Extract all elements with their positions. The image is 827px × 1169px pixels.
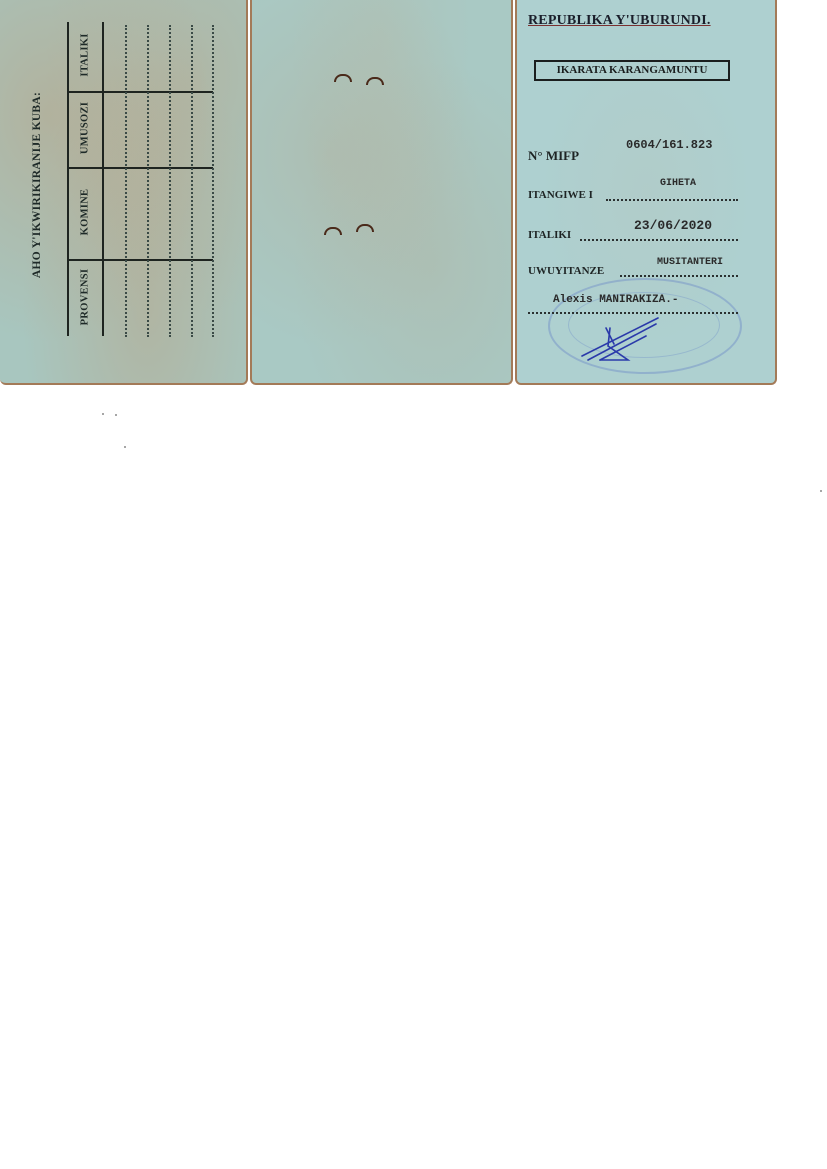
country-heading: REPUBLIKA Y'UBURUNDI. [528, 13, 711, 29]
date-label: ITALIKI [528, 229, 571, 241]
scan-speck [115, 414, 117, 416]
residence-history-panel: AHO Y'IKWIRIKIRANIJE KUBA: PROVENSI KOMI… [0, 0, 248, 385]
table-border-left [67, 22, 69, 336]
scan-speck [124, 446, 126, 448]
residence-table: AHO Y'IKWIRIKIRANIJE KUBA: PROVENSI KOMI… [0, 0, 248, 385]
issued-at-label: ITANGIWE I [528, 189, 593, 201]
signature-icon [578, 314, 662, 364]
issuer-title-label: UWUYITANZE [528, 265, 604, 277]
issuer-name-value: Alexis MANIRAKIZA.- [553, 294, 678, 306]
issued-at-line [606, 199, 738, 201]
scan-speck [102, 413, 104, 415]
date-line [580, 239, 738, 241]
entry-line [169, 25, 171, 337]
residence-table-title: AHO Y'IKWIRIKIRANIJE KUBA: [31, 92, 43, 278]
entry-line [191, 25, 193, 337]
staple-hole-icon [356, 224, 374, 232]
date-value: 23/06/2020 [634, 218, 712, 233]
staple-hole-icon [334, 74, 352, 82]
entry-line [125, 25, 127, 337]
column-umusozi: UMUSOZI [80, 102, 91, 154]
column-provensi: PROVENSI [80, 269, 91, 326]
entry-line [147, 25, 149, 337]
issued-at-value: GIHETA [660, 178, 696, 189]
issuer-title-line [620, 275, 738, 277]
table-header-divider [102, 22, 104, 336]
card-title-box: IKARATA KARANGAMUNTU [534, 60, 730, 81]
scan-speck [820, 490, 822, 492]
column-komine: KOMINE [80, 189, 91, 236]
mifp-label: N° MIFP [528, 148, 579, 164]
staple-hole-icon [324, 227, 342, 235]
column-italiki: ITALIKI [80, 33, 91, 76]
issuer-title-value: MUSITANTERI [657, 257, 723, 268]
staple-hole-icon [366, 77, 384, 85]
entry-line [212, 25, 214, 337]
blank-inner-panel [250, 0, 513, 385]
mifp-value: 0604/161.823 [626, 138, 712, 152]
